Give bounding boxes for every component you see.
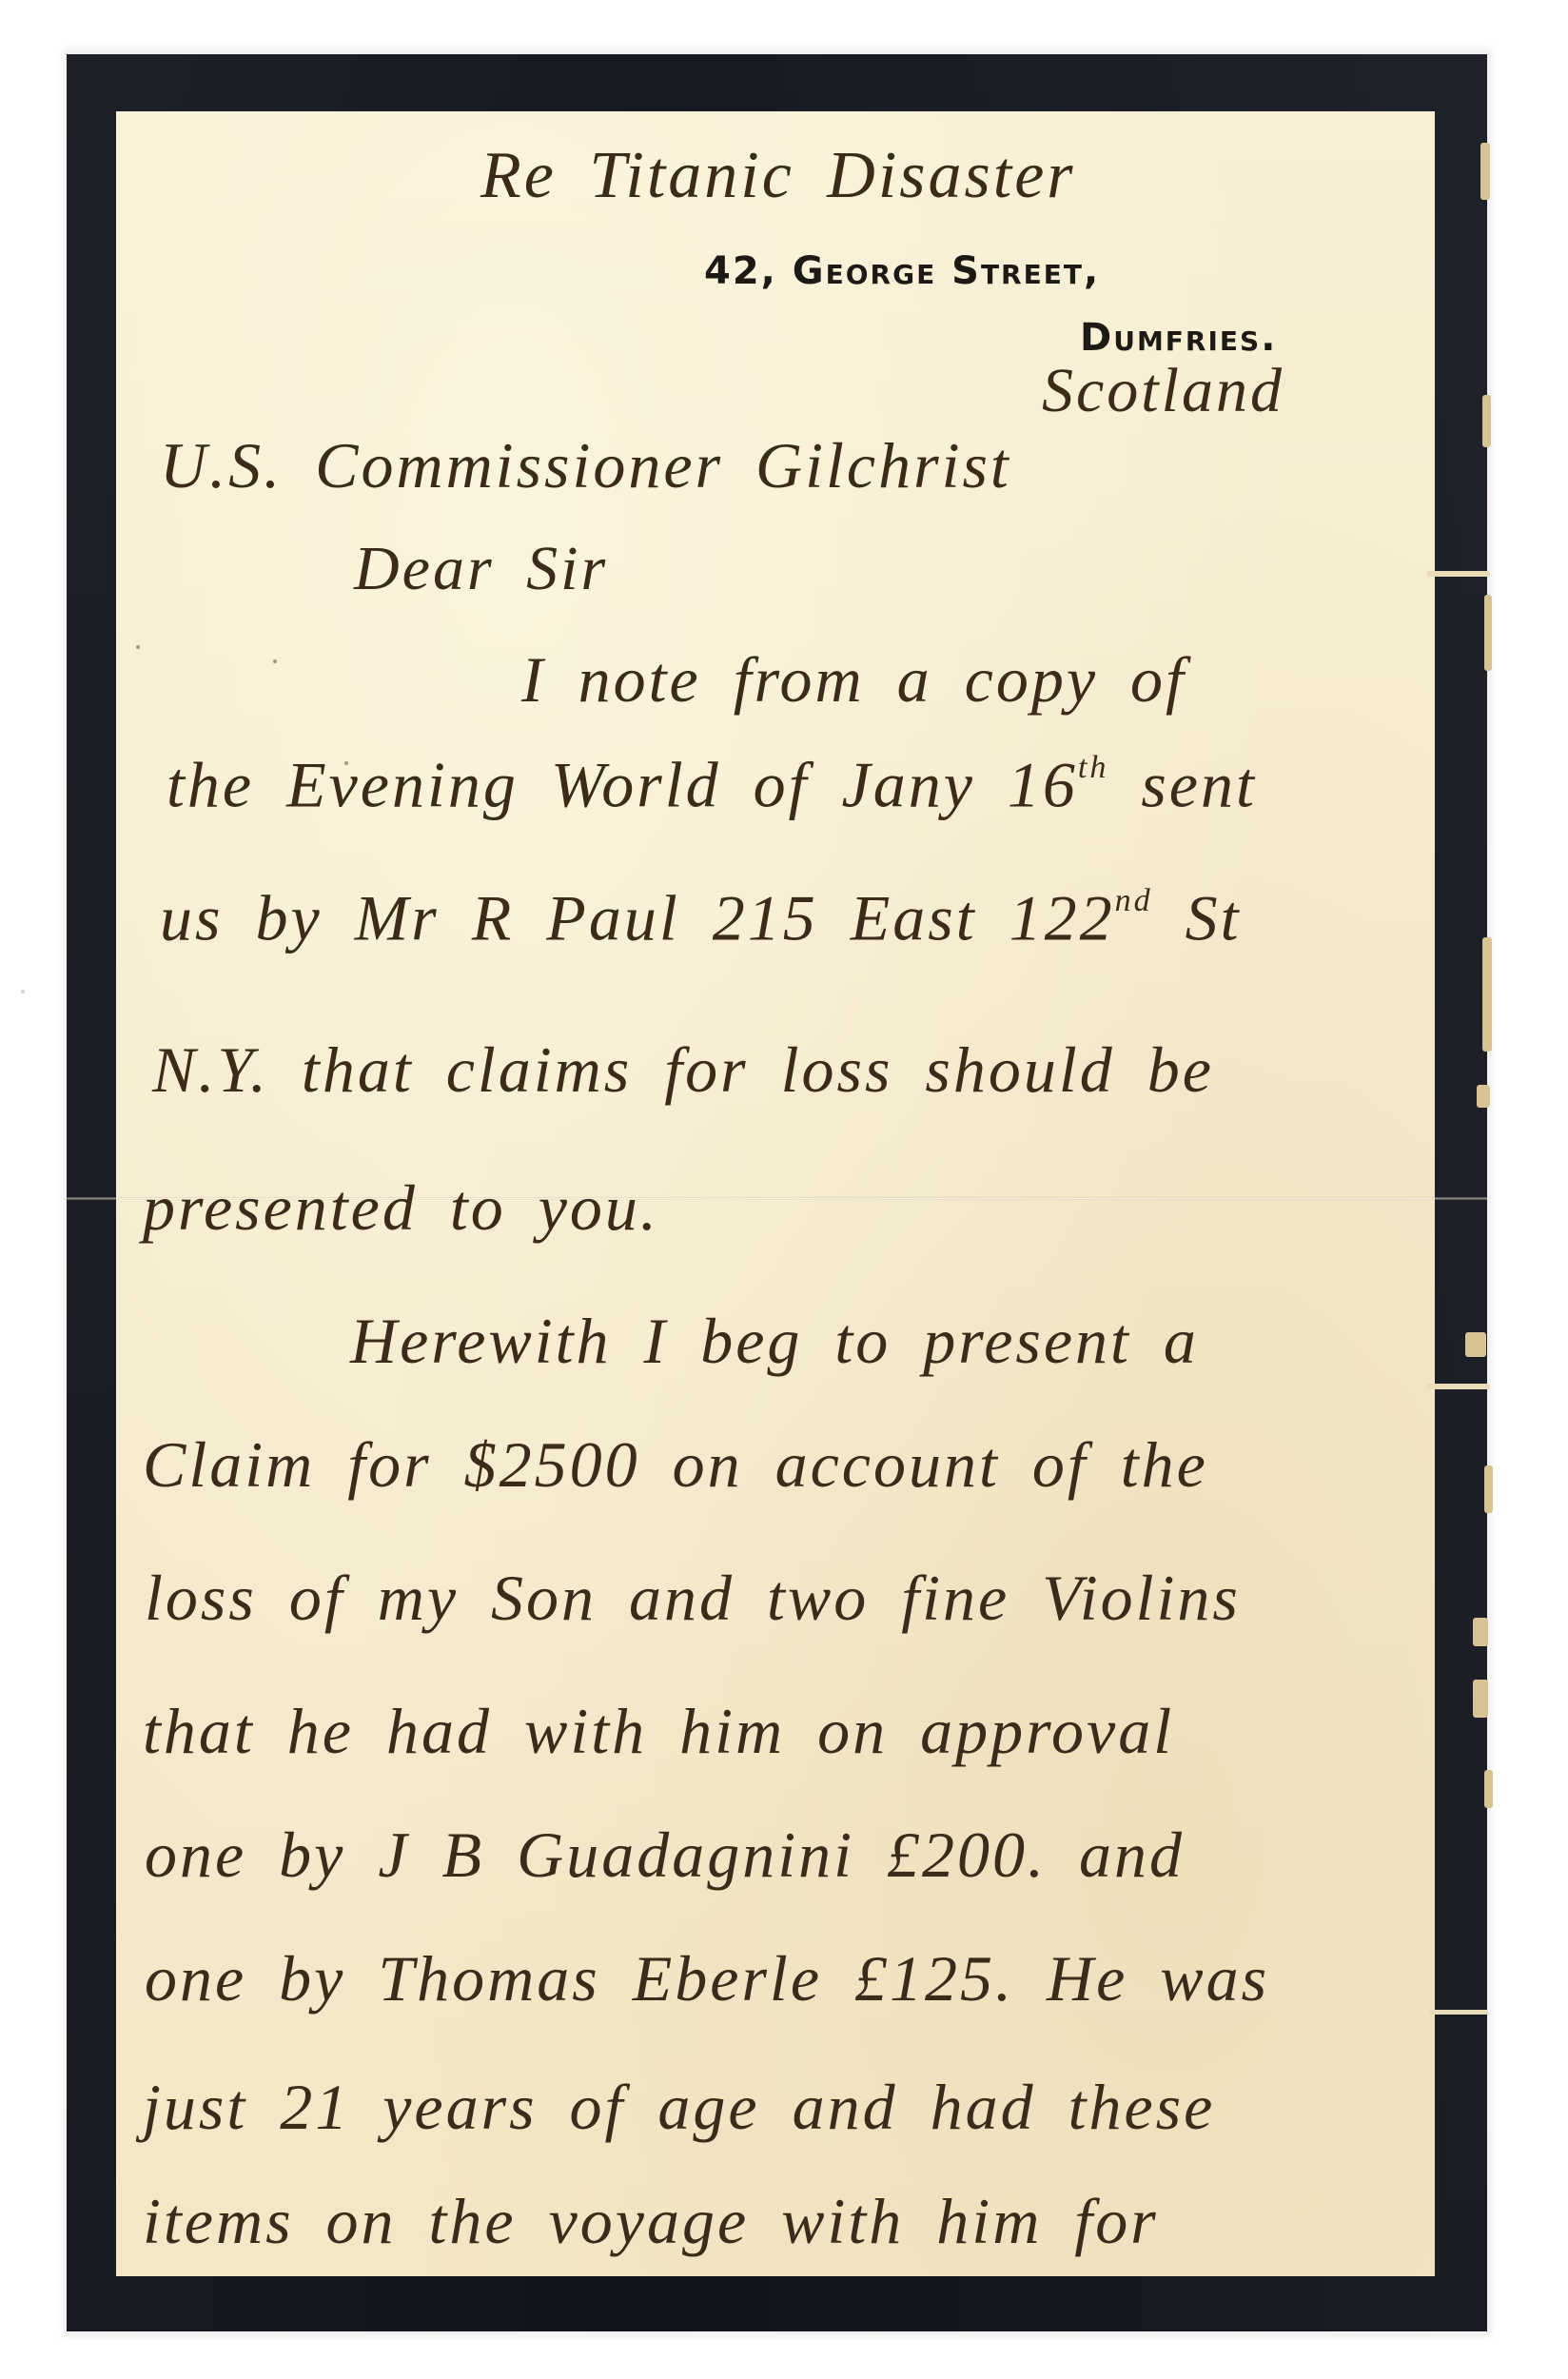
paper-speck (273, 659, 277, 663)
body-line: us by Mr R Paul 215 East 122nd St (160, 885, 1242, 951)
edge-chip (1484, 1465, 1493, 1513)
body-line: N.Y. that claims for loss should be (152, 1037, 1214, 1102)
paper-speck (344, 761, 348, 765)
edge-chip (1477, 1085, 1490, 1108)
body-line: I note from a copy of (521, 647, 1186, 712)
letterhead-street: 42, George Street, (704, 249, 1100, 293)
paper-speck (21, 990, 25, 993)
subject-line: Re Titanic Disaster (480, 143, 1076, 209)
edge-chip (1473, 1680, 1488, 1718)
body-line: one by Thomas Eberle £125. He was (145, 1946, 1269, 2011)
body-line: items on the voyage with him for (143, 2189, 1159, 2253)
edge-chip (1482, 395, 1491, 447)
body-line-text: St (1153, 882, 1242, 954)
body-line: just 21 years of age and had these (143, 2074, 1215, 2139)
body-line: the Evening World of Jany 16th sent (167, 752, 1257, 817)
letterhead-town: Dumfries. (1080, 316, 1277, 360)
body-line: that he had with him on approval (143, 1699, 1174, 1763)
addressee: U.S. Commissioner Gilchrist (160, 433, 1011, 498)
body-line: presented to you. (143, 1175, 659, 1240)
edge-chip (1482, 937, 1492, 1052)
edge-tear (1429, 2010, 1488, 2015)
body-line-text: us by Mr R Paul 215 East 122 (160, 882, 1115, 954)
edge-tear (1427, 1384, 1490, 1389)
body-line: loss of my Son and two fine Violins (145, 1565, 1241, 1630)
edge-chip (1465, 1332, 1486, 1357)
edge-chip (1473, 1618, 1488, 1646)
edge-chip (1484, 595, 1492, 671)
body-line-text: the Evening World of Jany 16 (167, 749, 1078, 821)
body-line: Herewith I beg to present a (350, 1308, 1199, 1373)
body-line: one by J B Guadagnini £200. and (145, 1822, 1185, 1887)
edge-chip (1484, 1770, 1493, 1808)
body-line: Claim for $2500 on account of the (143, 1432, 1208, 1497)
country-line: Scotland (1042, 360, 1284, 423)
paper-speck (136, 645, 140, 649)
ordinal-suffix: nd (1115, 883, 1153, 918)
salutation: Dear Sir (354, 538, 608, 600)
edge-chip (1480, 143, 1490, 200)
edge-tear (1427, 571, 1490, 577)
ordinal-suffix: th (1078, 750, 1108, 785)
body-line-text: sent (1108, 749, 1257, 821)
